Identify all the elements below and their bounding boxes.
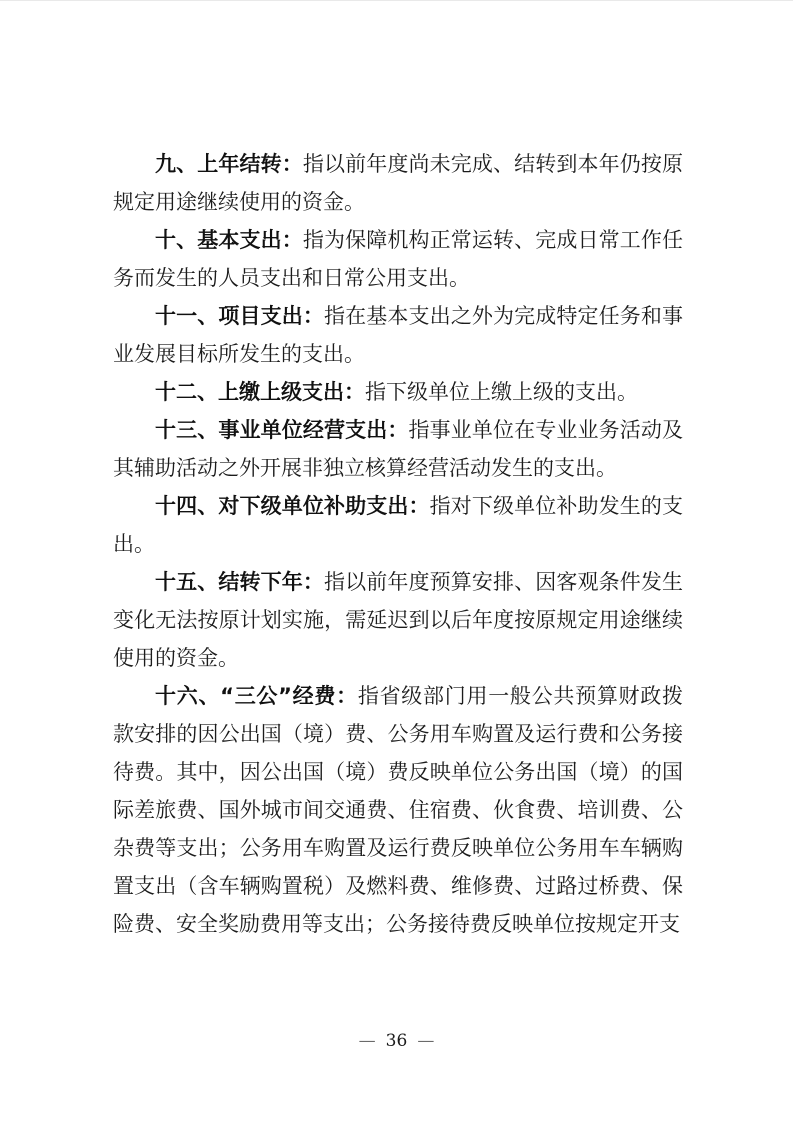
term-heading: 十一、项目支出：	[155, 304, 324, 328]
term-heading: 十四、对下级单位补助支出：	[155, 494, 430, 518]
definition-paragraph: 十六、“三公”经费：指省级部门用一般公共预算财政拨款安排的因公出国（境）费、公务…	[113, 677, 683, 943]
definition-paragraph: 十四、对下级单位补助支出：指对下级单位补助发生的支出。	[113, 487, 683, 563]
definition-paragraph: 十一、项目支出：指在基本支出之外为完成特定任务和事业发展目标所发生的支出。	[113, 297, 683, 373]
definition-paragraph: 九、上年结转：指以前年度尚未完成、结转到本年仍按原规定用途继续使用的资金。	[113, 145, 683, 221]
definition-paragraph: 十五、结转下年：指以前年度预算安排、因客观条件发生变化无法按原计划实施，需延迟到…	[113, 563, 683, 677]
term-definition: 指省级部门用一般公共预算财政拨款安排的因公出国（境）费、公务用车购置及运行费和公…	[113, 684, 683, 936]
document-body: 九、上年结转：指以前年度尚未完成、结转到本年仍按原规定用途继续使用的资金。 十、…	[113, 145, 683, 943]
term-heading: 十三、事业单位经营支出：	[155, 418, 409, 442]
definition-paragraph: 十三、事业单位经营支出：指事业单位在专业业务活动及其辅助活动之外开展非独立核算经…	[113, 411, 683, 487]
paragraph-list: 九、上年结转：指以前年度尚未完成、结转到本年仍按原规定用途继续使用的资金。 十、…	[113, 145, 683, 943]
term-heading: 九、上年结转：	[155, 152, 303, 176]
document-page: 九、上年结转：指以前年度尚未完成、结转到本年仍按原规定用途继续使用的资金。 十、…	[0, 0, 793, 1123]
definition-paragraph: 十、基本支出：指为保障机构正常运转、完成日常工作任务而发生的人员支出和日常公用支…	[113, 221, 683, 297]
footer-left-dash: —	[359, 1031, 376, 1051]
term-definition: 指下级单位上缴上级的支出。	[365, 380, 638, 404]
term-heading: 十、基本支出：	[155, 228, 303, 252]
definition-paragraph: 十二、上缴上级支出：指下级单位上缴上级的支出。	[113, 373, 683, 411]
term-heading: 十二、上缴上级支出：	[155, 380, 365, 404]
term-heading: 十五、结转下年：	[155, 570, 324, 594]
footer-right-dash: —	[417, 1031, 434, 1051]
page-footer: —36—	[0, 1029, 793, 1053]
page-number: 36	[386, 1029, 408, 1053]
term-heading: 十六、“三公”经费：	[155, 684, 358, 708]
